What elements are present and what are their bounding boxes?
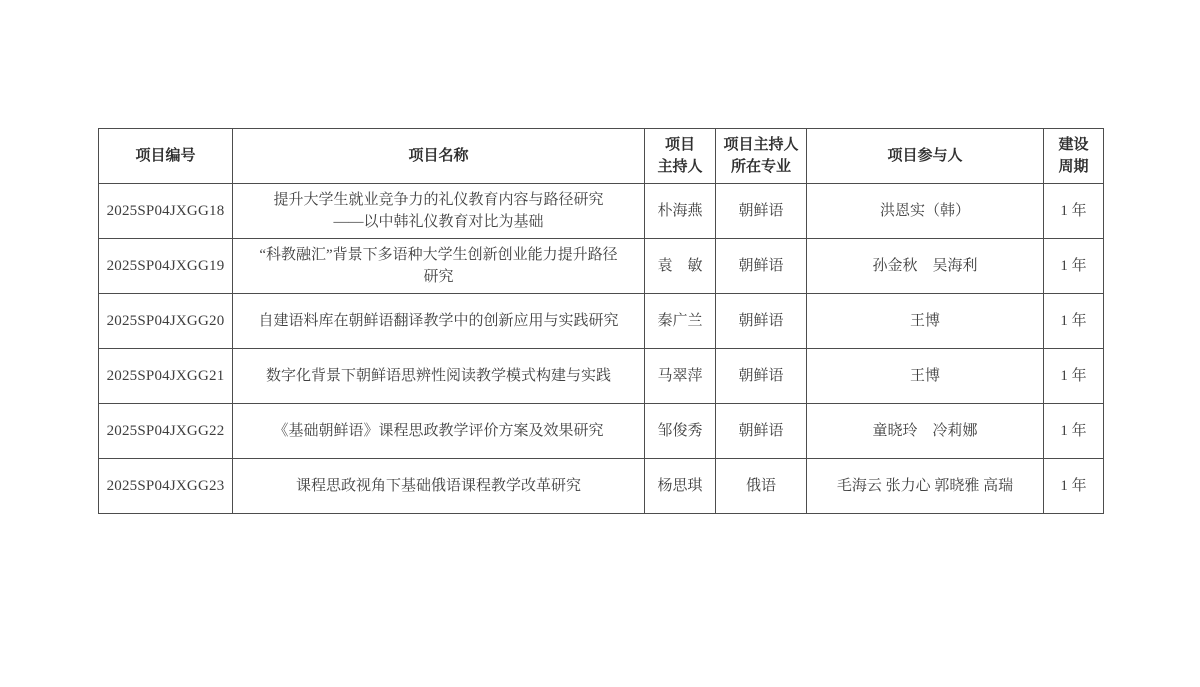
cell-leader: 朴海燕	[645, 184, 716, 239]
header-period: 建设 周期	[1044, 129, 1104, 184]
cell-project-no: 2025SP04JXGG19	[99, 239, 233, 294]
header-leader-major: 项目主持人 所在专业	[716, 129, 807, 184]
cell-participants: 孙金秋 吴海利	[807, 239, 1044, 294]
table-row: 2025SP04JXGG20 自建语料库在朝鲜语翻译教学中的创新应用与实践研究 …	[99, 294, 1104, 349]
cell-leader: 秦广兰	[645, 294, 716, 349]
cell-major: 俄语	[716, 459, 807, 514]
cell-participants: 王博	[807, 349, 1044, 404]
cell-leader: 邹俊秀	[645, 404, 716, 459]
cell-project-no: 2025SP04JXGG21	[99, 349, 233, 404]
cell-participants: 王博	[807, 294, 1044, 349]
header-leader: 项目 主持人	[645, 129, 716, 184]
cell-major: 朝鲜语	[716, 184, 807, 239]
cell-project-no: 2025SP04JXGG23	[99, 459, 233, 514]
cell-major: 朝鲜语	[716, 239, 807, 294]
cell-participants: 毛海云 张力心 郭晓雅 高瑞	[807, 459, 1044, 514]
cell-period: 1 年	[1044, 294, 1104, 349]
cell-project-no: 2025SP04JXGG22	[99, 404, 233, 459]
cell-project-name: 课程思政视角下基础俄语课程教学改革研究	[233, 459, 645, 514]
cell-project-no: 2025SP04JXGG18	[99, 184, 233, 239]
cell-participants: 洪恩实（韩）	[807, 184, 1044, 239]
projects-table: 项目编号 项目名称 项目 主持人 项目主持人 所在专业 项目参与人 建设 周期 …	[98, 128, 1104, 514]
table-row: 2025SP04JXGG19 “科教融汇”背景下多语种大学生创新创业能力提升路径…	[99, 239, 1104, 294]
document-page: 项目编号 项目名称 项目 主持人 项目主持人 所在专业 项目参与人 建设 周期 …	[0, 0, 1200, 687]
cell-project-name: 《基础朝鲜语》课程思政教学评价方案及效果研究	[233, 404, 645, 459]
cell-period: 1 年	[1044, 349, 1104, 404]
cell-project-name: 提升大学生就业竞争力的礼仪教育内容与路径研究 ——以中韩礼仪教育对比为基础	[233, 184, 645, 239]
cell-participants: 童晓玲 冷莉娜	[807, 404, 1044, 459]
cell-leader: 杨思琪	[645, 459, 716, 514]
cell-project-name: 自建语料库在朝鲜语翻译教学中的创新应用与实践研究	[233, 294, 645, 349]
cell-period: 1 年	[1044, 184, 1104, 239]
cell-project-name: “科教融汇”背景下多语种大学生创新创业能力提升路径 研究	[233, 239, 645, 294]
table-row: 2025SP04JXGG18 提升大学生就业竞争力的礼仪教育内容与路径研究 ——…	[99, 184, 1104, 239]
cell-major: 朝鲜语	[716, 349, 807, 404]
cell-major: 朝鲜语	[716, 404, 807, 459]
table-row: 2025SP04JXGG23 课程思政视角下基础俄语课程教学改革研究 杨思琪 俄…	[99, 459, 1104, 514]
header-project-no: 项目编号	[99, 129, 233, 184]
cell-leader: 马翠萍	[645, 349, 716, 404]
cell-project-name: 数字化背景下朝鲜语思辨性阅读教学模式构建与实践	[233, 349, 645, 404]
header-participants: 项目参与人	[807, 129, 1044, 184]
cell-major: 朝鲜语	[716, 294, 807, 349]
header-project-name: 项目名称	[233, 129, 645, 184]
table-row: 2025SP04JXGG22 《基础朝鲜语》课程思政教学评价方案及效果研究 邹俊…	[99, 404, 1104, 459]
cell-project-no: 2025SP04JXGG20	[99, 294, 233, 349]
cell-leader: 袁 敏	[645, 239, 716, 294]
cell-period: 1 年	[1044, 404, 1104, 459]
cell-period: 1 年	[1044, 459, 1104, 514]
table-row: 2025SP04JXGG21 数字化背景下朝鲜语思辨性阅读教学模式构建与实践 马…	[99, 349, 1104, 404]
cell-period: 1 年	[1044, 239, 1104, 294]
header-row: 项目编号 项目名称 项目 主持人 项目主持人 所在专业 项目参与人 建设 周期	[99, 129, 1104, 184]
